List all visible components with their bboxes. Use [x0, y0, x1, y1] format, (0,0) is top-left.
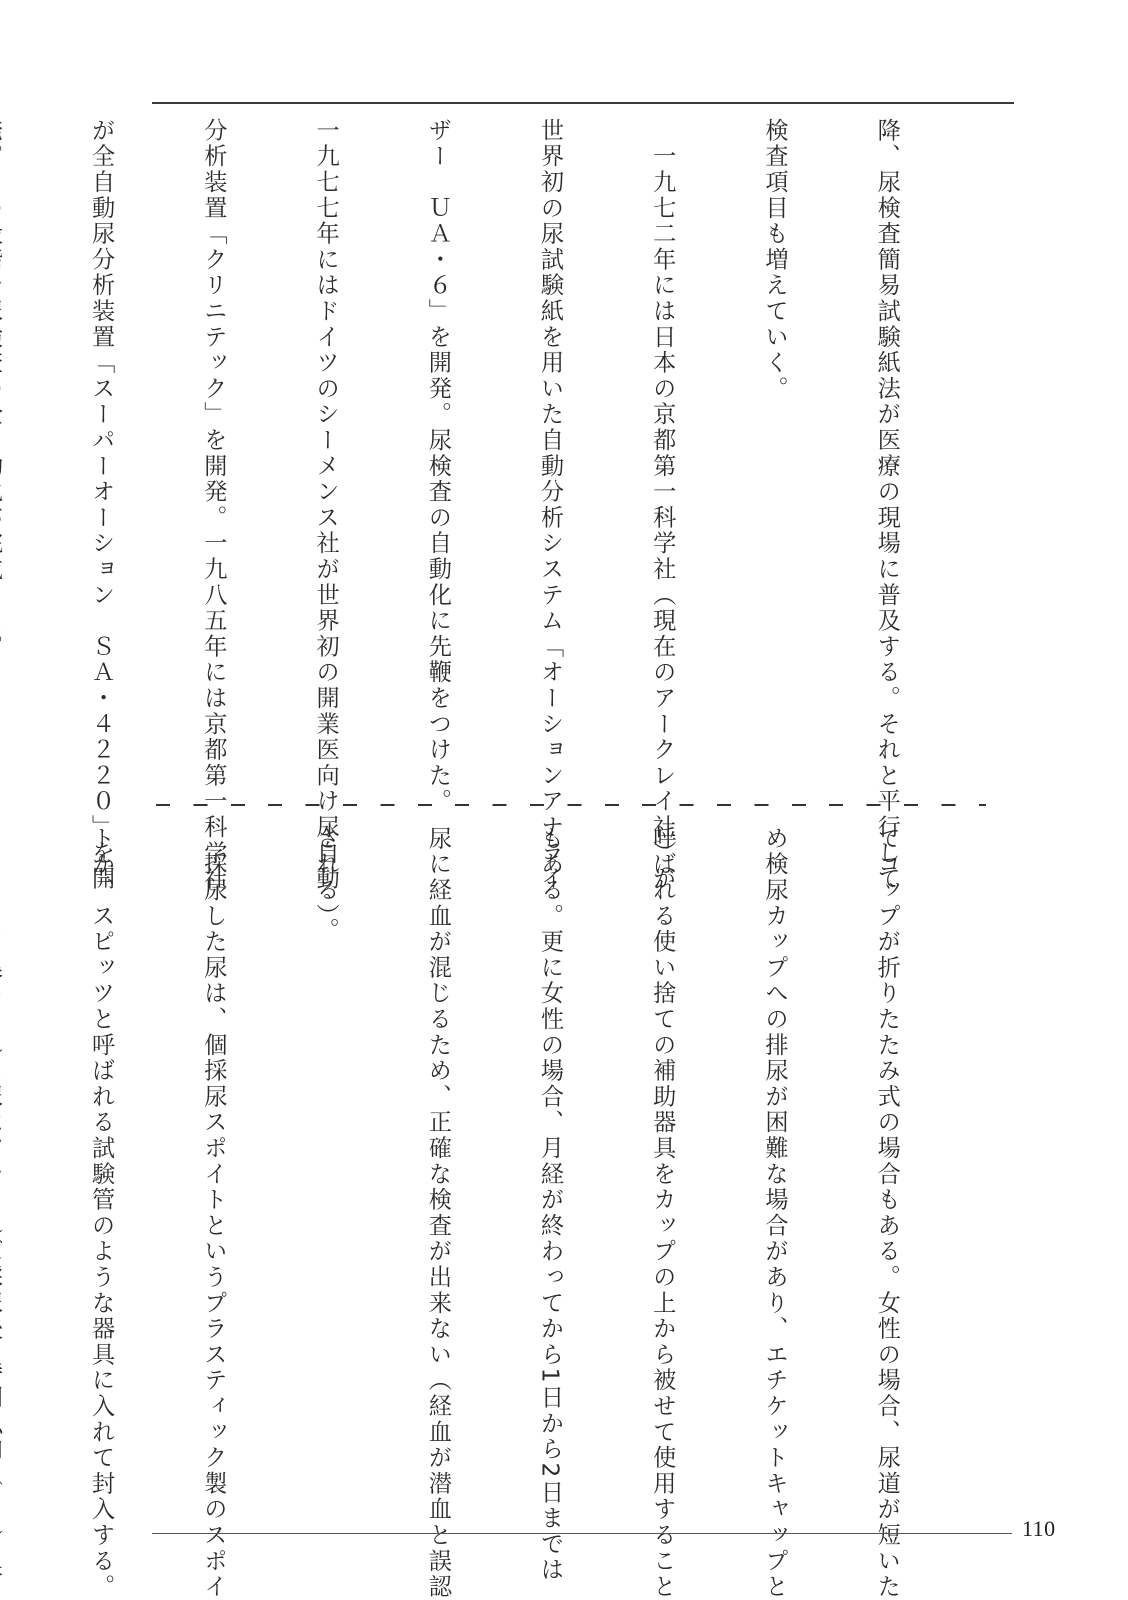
text-column: てコップが折りたたみ式の場合もある。女性の場合、尿道が短いた [868, 826, 905, 1498]
text-column: 一九七二年には日本の京都第一科学社（現在のアークレイ社）が [643, 118, 680, 780]
text-column: される）。 [307, 826, 344, 1498]
header-rule [152, 102, 1014, 104]
text-block-bottom: てコップが折りたたみ式の場合もある。女性の場合、尿道が短いた め検尿カップへの排… [0, 826, 980, 1498]
text-column: トか、スピッツと呼ばれる試験管のような器具に入れて封入する。 [82, 826, 119, 1498]
text-column: 採尿した尿は、個採尿スポイトというプラスティック製のスポイ [194, 826, 231, 1498]
text-column: 一九七七年にはドイツのシーメンス社が世界初の開業医向け尿自動 [307, 118, 344, 780]
dashed-block-separator [156, 804, 986, 806]
text-column: 分析装置「クリニテック」を開発。一九八五年には京都第一科学社 [194, 118, 231, 780]
text-column: ザー ＵＡ・６」を開発。尿検査の自動化に先鞭をつけた。 [419, 118, 456, 780]
text-block-top: 降、尿検査簡易試験紙法が医療の現場に普及する。それと平行して 検査項目も増えてい… [0, 118, 980, 780]
text-column: 呼ばれる使い捨ての補助器具をカップの上から被せて使用すること [643, 826, 680, 1498]
text-column: 世界初の尿試験紙を用いた自動分析システム「オーションアナライ [531, 118, 568, 780]
footer-rule [152, 1533, 1012, 1534]
text-column: 尿に経血が混じるため、正確な検査が出来ない（経血が潜血と誤認 [419, 826, 456, 1498]
text-column: 降、尿検査簡易試験紙法が医療の現場に普及する。それと平行して [868, 118, 905, 780]
page-number: 110 [1022, 1516, 1056, 1542]
text-column: もある。更に女性の場合、月経が終わってから1日から2日までは [531, 826, 568, 1498]
text-column: 検査項目も増えていく。 [756, 118, 793, 780]
text-column: め検尿カップへの排尿が困難な場合があり、エチケットキャップと [756, 826, 793, 1498]
text-column: が全自動尿分析装置「スーパーオーション ＳＡ・４２２０」を開 [82, 118, 119, 780]
text-column: 発。この段階で尿検査の全自動化が完成した。 [0, 118, 7, 780]
text-column: こうして集められた尿は、できれば採尿後1時間以内（これを新 [0, 826, 7, 1498]
